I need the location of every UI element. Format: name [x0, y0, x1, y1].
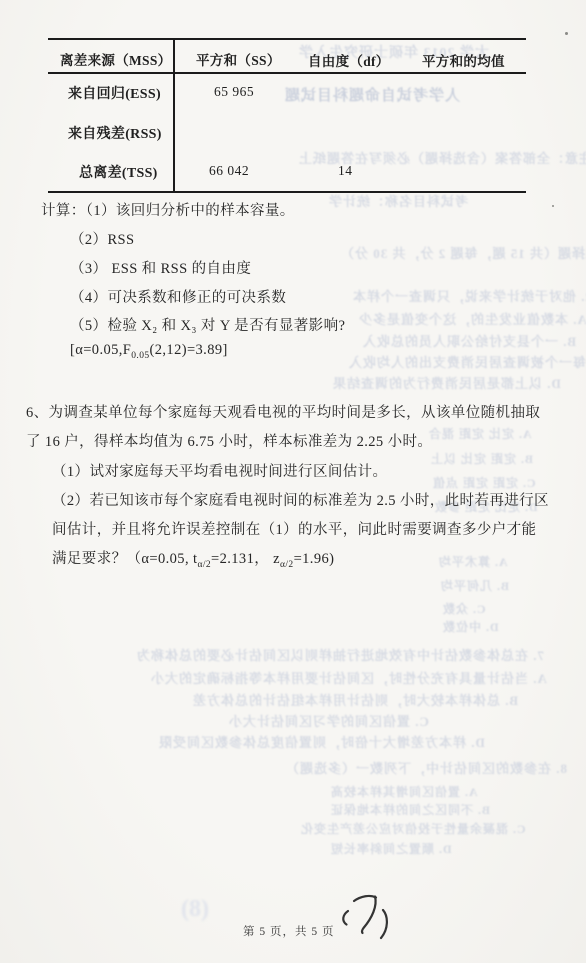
handwritten-mark-7 [330, 880, 400, 950]
bleedthrough-text: A. 置信区间增其样本较高 [330, 783, 478, 800]
bleedthrough-text: D. 以上都是居民消费行为的调查结果 [332, 373, 561, 392]
calc-item-3: （3） ESS 和 RSS 的自由度 [70, 257, 251, 278]
alpha-note-sub: 0.05 [131, 351, 149, 361]
alpha-note-post: (2,12)=3.89] [150, 342, 228, 358]
table-header-source: 离差来源（MSS） [60, 49, 171, 69]
table-header-df: 自由度（df） [308, 50, 390, 70]
bleedthrough-text: 一、单项选择题（共 15 题，每题 2 分，共 30 分） [340, 243, 586, 262]
bleedthrough-text: C. 混凝余量性于投信对应公差产生变化 [300, 820, 526, 837]
bleedthrough-text: D. 样本方差增大十倍时，则置信度总体参数区间受限 [158, 732, 485, 751]
bleedthrough-text: 考试科目名称：统计学 [328, 191, 468, 210]
q6-note-pre: 满足要求？（α=0.05, t [52, 551, 197, 567]
scanned-exam-page: 大学 2013 年硕士研究生入学人学考试自命题科目试题考生特别注意：全部答案（含… [0, 0, 586, 963]
bleedthrough-text: B. 不同区之间的样本地保证 [330, 801, 490, 818]
bleedthrough-text: B. 几何平均 [440, 577, 509, 594]
table-cell-tss-ss: 66 042 [209, 163, 249, 179]
calc-intro: 计算：（1）该回归分析中的样本容量。 [41, 199, 295, 220]
bleedthrough-text: A. 定比 定距 混合 [428, 425, 532, 442]
bleedthrough-text: B. 一个县支付给公职人员的总收入 [362, 331, 576, 350]
q6-note-sub2: α/2 [280, 560, 294, 570]
bleedthrough-text: D. 中位数 [442, 618, 499, 635]
bleedthrough-text: D. 顺置之间斜率长短 [330, 840, 452, 857]
calc-item-2: （2）RSS [70, 228, 134, 249]
table-row-rss-label: 来自残差(RSS) [68, 123, 162, 143]
bleedthrough-page-mark: (8) [181, 896, 209, 923]
bleedthrough-text: A. 当估计量具有充分性时，区间估计要用样本等指标确定的大小 [150, 668, 547, 687]
page-number: 第 5 页，共 5 页 [243, 923, 335, 939]
q6-part-2-line-1: （2）若已知该市每个家庭看电视时间的标准差为 2.5 小时，此时若再进行区 [52, 489, 549, 510]
bleedthrough-text: 7. 在总体参数估计中有效地进行抽样则以区间估计必要的总体称为 [136, 645, 544, 664]
bleedthrough-text: C. 置信区间的学习区间估计大小 [228, 711, 429, 730]
table-cell-tss-df: 14 [338, 163, 353, 179]
bleedthrough-text: 8. 在参数的区间估计中，下列数一（多选题） [285, 758, 567, 777]
calc-alpha-note: [α=0.05,F0.05(2,12)=3.89] [70, 342, 228, 361]
bleedthrough-text: A. 本数值业发生的，这个变值是多少 [358, 309, 586, 328]
q6-line-1: 6、为调查某单位每个家庭每天观看电视的平均时间是多长，从该单位随机抽取 [26, 401, 540, 422]
table-cell-ess-ss: 65 965 [214, 84, 254, 100]
bleedthrough-text: B. 定距 定比 以上 [430, 450, 533, 467]
q6-note-mid: =2.131， z [211, 551, 280, 567]
q6-note-sub1: α/2 [197, 560, 211, 570]
scan-speck [552, 205, 554, 207]
table-header-ss: 平方和（SS） [196, 49, 281, 69]
bleedthrough-text: C. 众数 [442, 600, 486, 617]
table-column-divider [173, 40, 175, 191]
calc-item-5: （5）检验 X₂ 和 X₃ 对 Y 是否有显著影响? [70, 314, 345, 335]
table-row-ess-label: 来自回归(ESS) [68, 83, 161, 103]
table-header-mean-square: 平方和的均值 [422, 50, 505, 70]
q6-part-1: （1）试对家庭每天平均看电视时间进行区间估计。 [52, 460, 387, 481]
q6-note-post: =1.96) [294, 551, 335, 567]
bleedthrough-text: C. 每一个被调查居民消费支出的人均收入 [348, 352, 586, 371]
anova-table: 离差来源（MSS） 平方和（SS） 自由度（df） 平方和的均值 来自回归(ES… [48, 38, 526, 193]
bleedthrough-text: B. 总体样本较大时，则估计用样本组估计的总体方差 [192, 690, 518, 709]
bleedthrough-text: 2. 他对于统计学来说，只调查一个样本 [352, 286, 586, 305]
table-header-rule [48, 72, 526, 74]
calc-item-4: （4）可决系数和修正的可决系数 [70, 286, 286, 307]
scan-speck [565, 32, 568, 35]
q6-part-2-line-3: 满足要求？（α=0.05, tα/2=2.131， zα/2=1.96) [52, 547, 334, 570]
q6-part-2-line-2: 间估计，并且将允许误差控制在（1）的水平，问此时需要调查多少户才能 [52, 518, 536, 539]
q6-line-2: 了 16 户，得样本均值为 6.75 小时，样本标准差为 2.25 小时。 [26, 430, 432, 451]
bleedthrough-text: A. 算术平均 [438, 553, 508, 570]
alpha-note-pre: [α=0.05,F [70, 342, 131, 358]
table-row-tss-label: 总离差(TSS) [79, 162, 158, 182]
